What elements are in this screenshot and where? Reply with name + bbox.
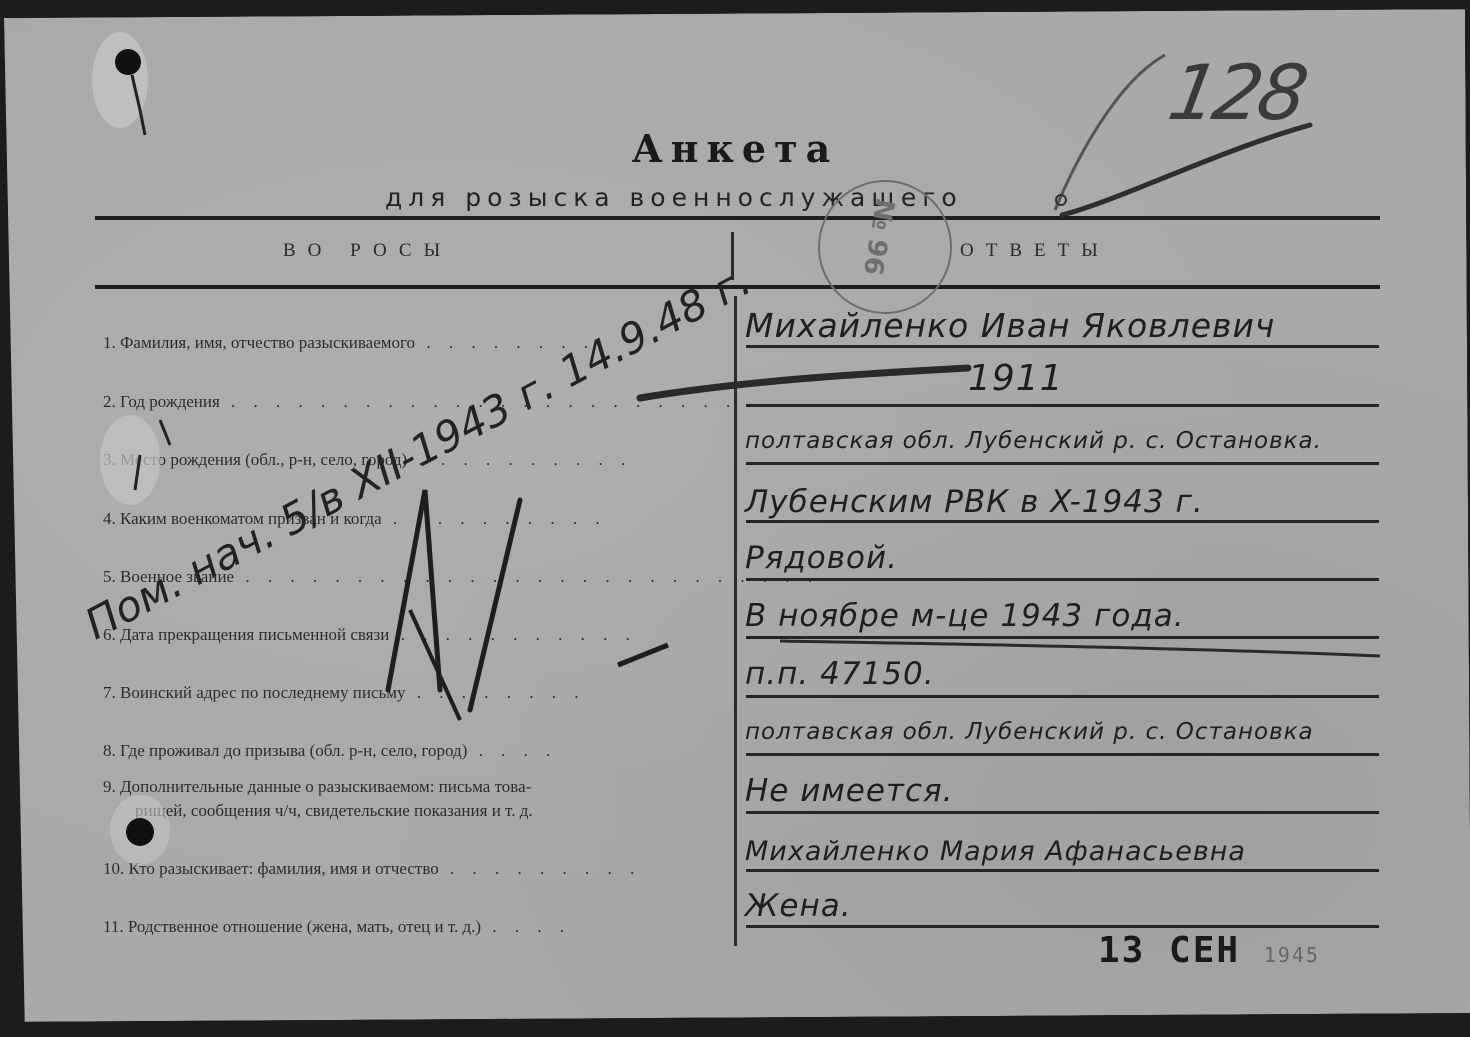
check-mark-stroke (1062, 125, 1310, 215)
annotation-marks (0, 0, 1470, 1037)
